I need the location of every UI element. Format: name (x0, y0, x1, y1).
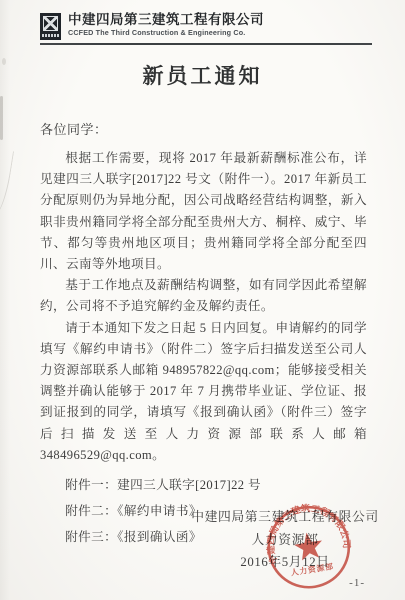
signature-department: 人力资源部 (175, 529, 395, 552)
letterhead-divider (40, 43, 372, 45)
paragraph-salary-assignment: 根据工作需要，现将 2017 年最新薪酬标准公布，详见建四三人联字[2017]2… (40, 148, 367, 275)
scan-artifact-curve (0, 149, 14, 216)
paragraph-reply-instructions: 请于本通知下发之日起 5 日内回复。申请解约的同学填写《解约申请书》（附件二）签… (40, 318, 367, 466)
scanned-notice-page: 中建四局第三建筑工程有限公司 CCFED The Third Construct… (0, 0, 405, 600)
salutation: 各位同学： (40, 119, 367, 138)
logo-glyph (43, 16, 58, 31)
document-body: 各位同学： 根据工作需要，现将 2017 年最新薪酬标准公布，详见建四三人联字[… (40, 119, 367, 550)
cscec-company-logo-icon (40, 13, 61, 40)
company-name-english: CCFED The Third Construction & Engineeri… (68, 29, 264, 37)
document-title: 新员工通知 (0, 60, 405, 90)
attachment-item-1: 附件一：建四三人联字[2017]22 号 (40, 473, 367, 499)
paragraph-contract-release: 基于工作地点及薪酬结构调整，如有同学因此希望解约，公司将不予追究解约金及解约责任… (40, 275, 367, 317)
scan-artifact-dot (2, 58, 6, 65)
letterhead-names: 中建四局第三建筑工程有限公司 CCFED The Third Construct… (68, 13, 264, 37)
letterhead: 中建四局第三建筑工程有限公司 CCFED The Third Construct… (40, 13, 372, 40)
signature-block: 中建四局第三建筑工程有限公司 人力资源部 2016年5月12日 (175, 506, 395, 574)
page-number: -1- (349, 577, 365, 589)
signature-date: 2016年5月12日 (175, 551, 395, 574)
signature-company: 中建四局第三建筑工程有限公司 (175, 506, 395, 529)
logo-wordmark (42, 34, 59, 37)
company-name-chinese: 中建四局第三建筑工程有限公司 (68, 13, 264, 27)
scan-artifact-streak (0, 96, 3, 140)
